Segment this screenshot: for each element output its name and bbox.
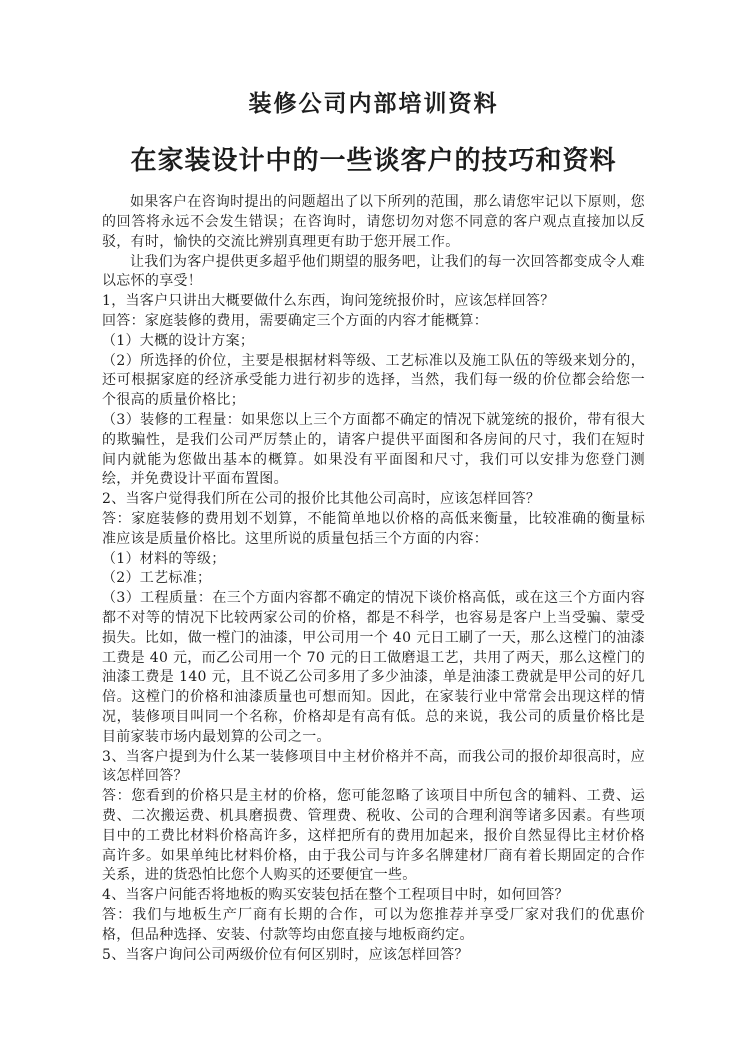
paragraph: 答：我们与地板生产厂商有长期的合作，可以为您推荐并享受厂家对我们的优惠价格，但品… — [102, 906, 645, 946]
paragraph: 4、当客户问能否将地板的购买安装包括在整个工程项目中时，如何回答？ — [102, 886, 645, 906]
paragraph: 答：您看到的价格只是主材的价格，您可能忽略了该项目中所包含的辅料、工费、运费、二… — [102, 787, 645, 886]
document-body: 如果客户在咨询时提出的问题超出了以下所列的范围，那么请您牢记以下原则，您的回答将… — [102, 193, 645, 965]
paragraph: （1）大概的设计方案； — [102, 332, 645, 352]
paragraph: （3）装修的工程量：如果您以上三个方面都不确定的情况下就笼统的报价，带有很大的欺… — [102, 411, 645, 490]
paragraph: 答：家庭装修的费用划不划算，不能简单地以价格的高低来衡量，比较准确的衡量标准应该… — [102, 510, 645, 550]
paragraph: 让我们为客户提供更多超乎他们期望的服务吧，让我们的每一次回答都变成令人难以忘怀的… — [102, 253, 645, 293]
paragraph: （1）材料的等级； — [102, 550, 645, 570]
paragraph: 3、当客户提到为什么某一装修项目中主材价格并不高，而我公司的报价却很高时，应该怎… — [102, 748, 645, 788]
paragraph: （2）所选择的价位，主要是根据材料等级、工艺标准以及施工队伍的等级来划分的，还可… — [102, 352, 645, 411]
paragraph: 回答：家庭装修的费用，需要确定三个方面的内容才能概算： — [102, 312, 645, 332]
document-page: 装修公司内部培训资料 在家装设计中的一些谈客户的技巧和资料 如果客户在咨询时提出… — [0, 0, 744, 1052]
document-title: 装修公司内部培训资料 — [102, 90, 645, 119]
document-subtitle: 在家装设计中的一些谈客户的技巧和资料 — [102, 145, 645, 178]
paragraph: 2、当客户觉得我们所在公司的报价比其他公司高时，应该怎样回答？ — [102, 490, 645, 510]
paragraph: 5、当客户询问公司两级价位有何区别时，应该怎样回答？ — [102, 946, 645, 966]
paragraph: 如果客户在咨询时提出的问题超出了以下所列的范围，那么请您牢记以下原则，您的回答将… — [102, 193, 645, 252]
paragraph: （2）工艺标准； — [102, 569, 645, 589]
paragraph: （3）工程质量：在三个方面内容都不确定的情况下谈价格高低，或在这三个方面内容都不… — [102, 589, 645, 747]
paragraph: 1，当客户只讲出大概要做什么东西，询问笼统报价时，应该怎样回答？ — [102, 292, 645, 312]
